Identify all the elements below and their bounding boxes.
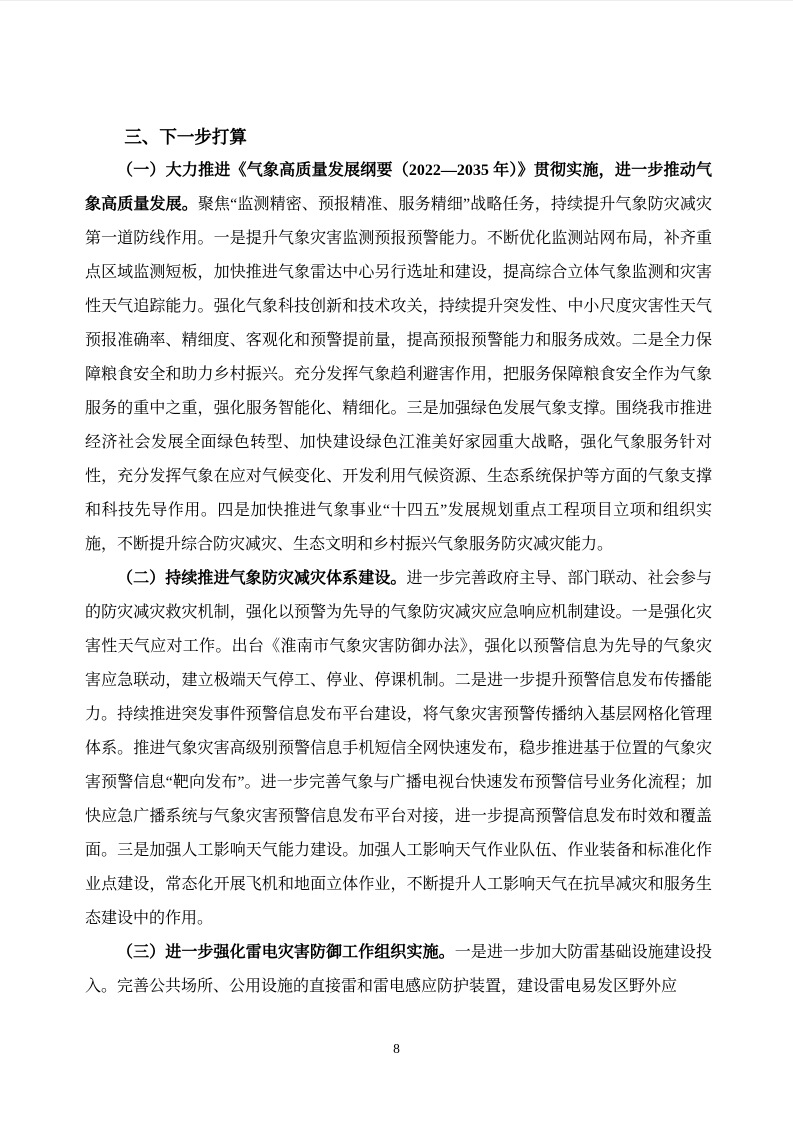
paragraph-body: 进一步完善政府主导、部门联动、社会参与的防灾减灾救灾机制，强化以预警为先导的气象… xyxy=(85,570,712,927)
section-heading: 三、下一步打算 xyxy=(85,120,712,154)
paragraph-body: 聚焦“监测精密、预报精准、服务精细”战略任务，持续提升气象防灾减灾第一道防线作用… xyxy=(85,196,712,553)
paragraph: （二）持续推进气象防灾减灾体系建设。进一步完善政府主导、部门联动、社会参与的防灾… xyxy=(85,562,712,936)
paragraph: （三）进一步强化雷电灾害防御工作组织实施。一是进一步加大防雷基础设施建设投入。完… xyxy=(85,936,712,1004)
page-content: 三、下一步打算 （一）大力推进《气象高质量发展纲要（2022—2035 年）》贯… xyxy=(85,120,712,1004)
paragraph-lead: （三）进一步强化雷电灾害防御工作组织实施。 xyxy=(117,944,455,961)
page-number: 8 xyxy=(0,1041,793,1057)
document-page: 三、下一步打算 （一）大力推进《气象高质量发展纲要（2022—2035 年）》贯… xyxy=(0,0,793,1122)
paragraph: （一）大力推进《气象高质量发展纲要（2022—2035 年）》贯彻实施，进一步推… xyxy=(85,154,712,562)
paragraph-lead: （二）持续推进气象防灾减灾体系建设。 xyxy=(117,570,407,587)
